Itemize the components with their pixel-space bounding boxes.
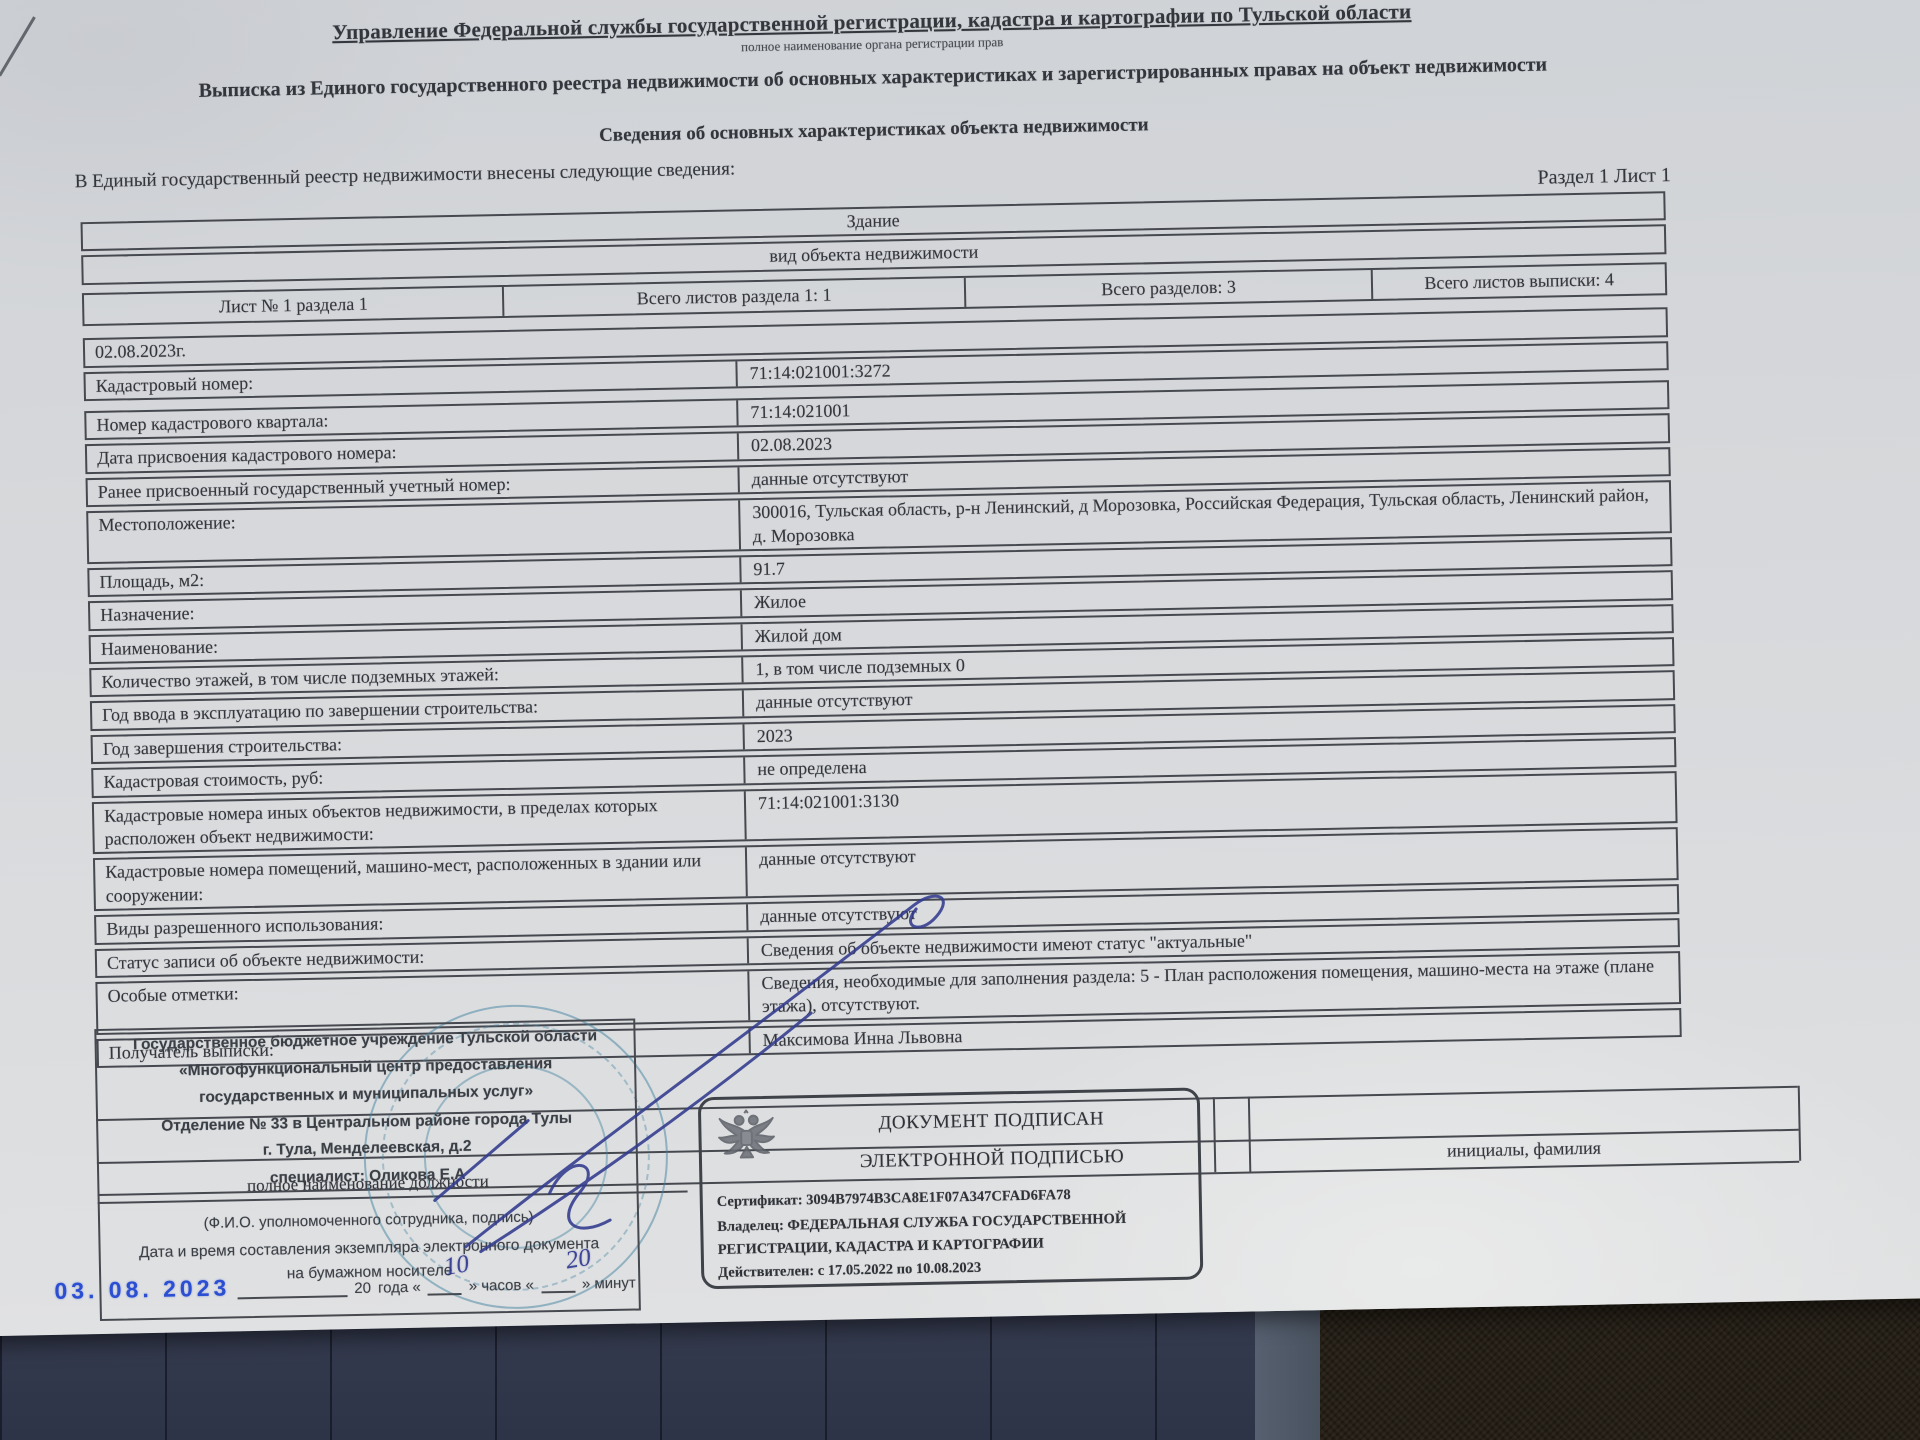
minutes-blank	[541, 1275, 575, 1294]
year-template: 20	[354, 1280, 371, 1297]
row-label: Кадастровые номера помещений, машино-мес…	[95, 848, 748, 910]
issuer-address: г. Тула, Менделеевская, д.2	[99, 1135, 636, 1163]
handwritten-minutes: 20	[564, 1244, 593, 1276]
owner-line: Владелец: ФЕДЕРАЛЬНАЯ СЛУЖБА ГОСУДАРСТВЕ…	[717, 1211, 1126, 1236]
minutes-word: » минут	[582, 1275, 636, 1293]
electronic-signature-box: ДОКУМЕНТ ПОДПИСАН ЭЛЕКТРОННОЙ ПОДПИСЬЮ С…	[698, 1087, 1204, 1289]
issuer-department: Отделение № 33 в Центральном районе горо…	[98, 1109, 635, 1137]
hours-word: » часов «	[469, 1277, 534, 1295]
issuer-org-line: Государственное бюджетное учреждение Тул…	[96, 1027, 633, 1055]
sheet-info-cell: Всего разделов: 3	[966, 270, 1374, 307]
sheet-info-cell: Лист № 1 раздела 1	[84, 287, 505, 325]
fio-caption: (Ф.И.О. уполномоченного сотрудника, подп…	[100, 1207, 637, 1234]
document-content: Управление Федеральной службы государств…	[72, 0, 1692, 1068]
coat-of-arms-icon	[715, 1109, 778, 1181]
photo-scene: Управление Федеральной службы государств…	[0, 0, 1920, 1440]
document-footer: Государственное бюджетное учреждение Тул…	[41, 988, 1807, 1334]
row-label: Кадастровый номер:	[85, 361, 737, 399]
sheet-info-cell: Всего листов раздела 1: 1	[504, 278, 966, 316]
form-line	[1213, 1097, 1216, 1172]
sheet-info-cell: Всего листов выписки: 4	[1373, 264, 1665, 299]
datetime-caption: Дата и время составления экземпляра элек…	[101, 1235, 638, 1263]
object-characteristics-table: Здание вид объекта недвижимости Лист № 1…	[81, 191, 1682, 1068]
corner-mark	[0, 17, 36, 76]
attribute-rows: Кадастровый номер: 71:14:021001:3272 Ном…	[83, 341, 1681, 1068]
handwritten-hours: 10	[442, 1250, 471, 1282]
row-label: Кадастровые номера иных объектов недвижи…	[94, 791, 747, 853]
issuer-org-line: «Многофункциональный центр предоставлени…	[97, 1054, 634, 1082]
blank-line	[237, 1279, 347, 1299]
owner-line: РЕГИСТРАЦИИ, КАДАСТРА И КАРТОГРАФИИ	[718, 1236, 1044, 1259]
signature-title: ЭЛЕКТРОННОЙ ПОДПИСЬЮ	[794, 1145, 1190, 1175]
certificate-line: Сертификат: 3094B7974B3CA8E1F07A347CFAD6…	[717, 1187, 1071, 1211]
stamped-date: 03. 08. 2023	[54, 1276, 230, 1302]
signature-title: ДОКУМЕНТ ПОДПИСАН	[793, 1107, 1189, 1137]
row-label: Местоположение:	[88, 500, 741, 562]
document-sheet: Управление Федеральной службы государств…	[0, 0, 1920, 1337]
validity-line: Действителен: с 17.05.2022 по 10.08.2023	[718, 1260, 981, 1282]
issuer-org-line: государственных и муниципальных услуг»	[98, 1081, 635, 1109]
year-word: года «	[378, 1279, 421, 1297]
